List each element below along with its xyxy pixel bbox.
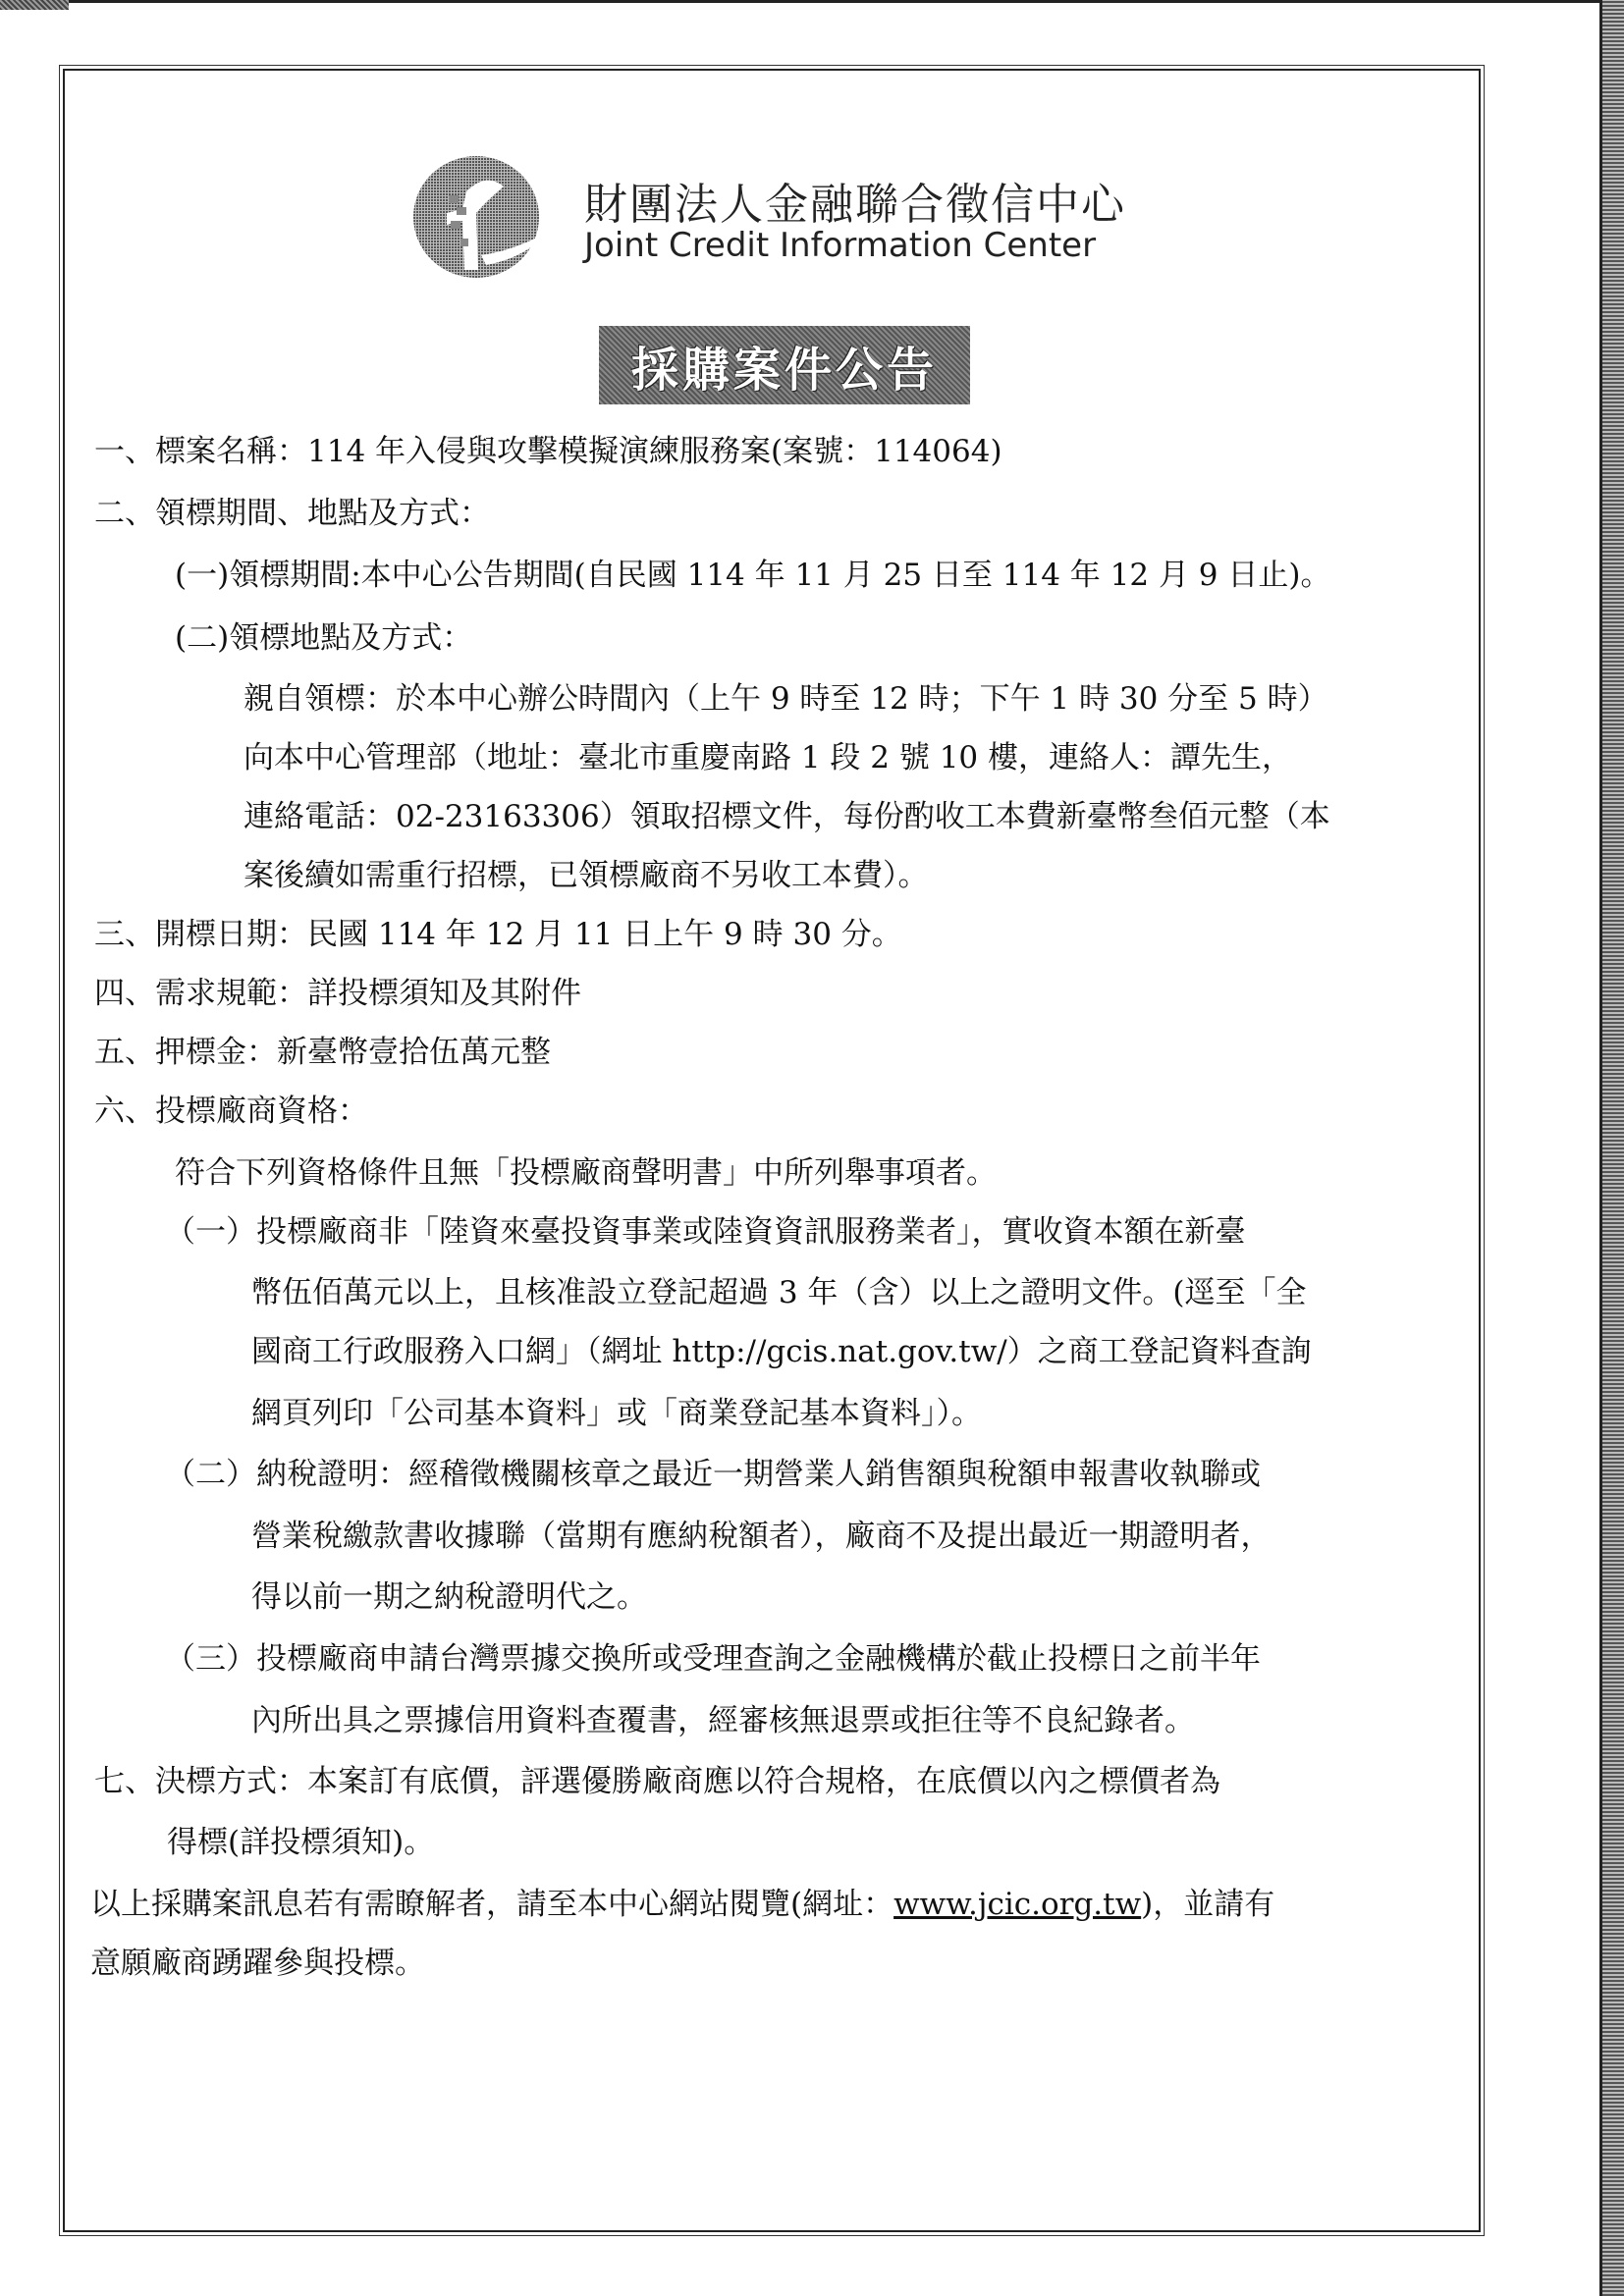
section-6-1-line: 網頁列印「公司基本資料」或「商業登記基本資料」）。 xyxy=(251,1394,982,1433)
closing-text: 以上採購案訊息若有需瞭解者，請至本中心網站閱覽(網址：www.jcic.org.… xyxy=(90,1885,1274,1924)
org-logo: 財團法人金融聯合徵信中心 Joint Credit Information Ce… xyxy=(403,147,1208,285)
section-6-2-line: 得以前一期之納稅證明代之。 xyxy=(251,1577,647,1617)
scan-edge xyxy=(0,0,69,10)
section-6-2-line: 營業稅繳款書收據聯（當期有應納稅額者），廠商不及提出最近一期證明者， xyxy=(251,1517,1272,1556)
section-7: 七、決標方式：本案訂有底價，評選優勝廠商應以符合規格，在底價以內之標價者為 xyxy=(94,1762,1220,1801)
section-6-1-line: 幣伍佰萬元以上，且核准設立登記超過 3 年（含）以上之證明文件。(逕至「全 xyxy=(251,1273,1307,1312)
closing-post: )，並請有 xyxy=(1141,1887,1274,1922)
page-title: 採購案件公告 xyxy=(631,332,938,400)
scan-edge xyxy=(69,0,1604,3)
section-7-line: 得標(詳投標須知)。 xyxy=(167,1823,434,1862)
title-banner: 採購案件公告 xyxy=(599,326,970,404)
section-4: 四、需求規範：詳投標須知及其附件 xyxy=(94,974,581,1013)
section-2-2-line: 連絡電話：02-23163306）領取招標文件，每份酌收工本費新臺幣叁佰元整（本 xyxy=(244,797,1330,836)
jcic-logo-icon xyxy=(407,152,555,285)
section-3: 三、開標日期：民國 114 年 12 月 11 日上午 9 時 30 分。 xyxy=(94,915,902,954)
section-1: 一、標案名稱：114 年入侵與攻擊模擬演練服務案(案號：114064) xyxy=(94,432,1002,471)
section-2-2: (二)領標地點及方式： xyxy=(175,618,472,658)
section-2-2-line: 親自領標：於本中心辦公時間內（上午 9 時至 12 時；下午 1 時 30 分至… xyxy=(244,679,1328,719)
section-2-heading: 二、領標期間、地點及方式： xyxy=(94,494,490,533)
section-6-intro: 符合下列資格條件且無「投標廠商聲明書」中所列舉事項者。 xyxy=(175,1153,997,1193)
section-6-heading: 六、投標廠商資格： xyxy=(94,1092,368,1131)
closing-pre: 以上採購案訊息若有需瞭解者，請至本中心網站閱覽(網址： xyxy=(90,1887,893,1922)
section-6-3: （三）投標廠商申請台灣票據交換所或受理查詢之金融機構於截止投標日之前半年 xyxy=(165,1639,1261,1679)
section-6-2: （二）納稅證明：經稽徵機關核章之最近一期營業人銷售額與稅額申報書收執聯或 xyxy=(165,1455,1261,1494)
section-2-1: (一)領標期間:本中心公告期間(自民國 114 年 11 月 25 日至 114… xyxy=(175,556,1330,595)
section-6-1: （一）投標廠商非「陸資來臺投資事業或陸資資訊服務業者」，實收資本額在新臺 xyxy=(165,1212,1246,1252)
section-5: 五、押標金：新臺幣壹拾伍萬元整 xyxy=(94,1033,551,1072)
section-2-2-line: 案後續如需重行招標，已領標廠商不另收工本費）。 xyxy=(244,856,929,895)
org-name-zh: 財團法人金融聯合徵信中心 xyxy=(584,169,1126,232)
section-2-2-line: 向本中心管理部（地址：臺北市重慶南路 1 段 2 號 10 樓，連絡人：譚先生， xyxy=(244,738,1292,777)
website-link[interactable]: www.jcic.org.tw xyxy=(893,1887,1141,1922)
section-6-1-line: 國商工行政服務入口網」（網址 http://gcis.nat.gov.tw/）之… xyxy=(251,1332,1312,1371)
org-name-en: Joint Credit Information Center xyxy=(584,226,1096,265)
scan-edge xyxy=(1599,0,1624,2296)
section-6-3-line: 內所出具之票據信用資料查覆書，經審核無退票或拒往等不良紀錄者。 xyxy=(251,1701,1195,1740)
closing-text-line: 意願廠商踴躍參與投標。 xyxy=(90,1944,425,1983)
